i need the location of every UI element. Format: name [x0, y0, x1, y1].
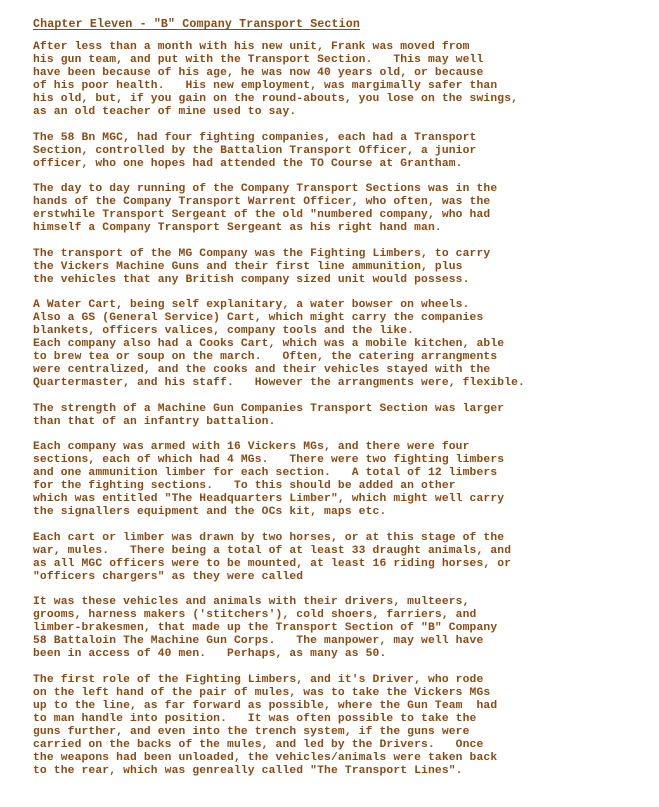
text-line: have been because of his age, he was now…: [33, 67, 633, 80]
paragraph: The 58 Bn MGC, had four fighting compani…: [33, 132, 633, 171]
text-line: The strength of a Machine Gun Companies …: [33, 403, 633, 416]
text-line: the signallers equipment and the OCs kit…: [33, 506, 633, 519]
paragraph-list: After less than a month with his new uni…: [33, 41, 633, 778]
text-line: officer, who one hopes had attended the …: [33, 158, 633, 171]
text-line: blankets, officers valices, company tool…: [33, 325, 633, 338]
text-line: himself a Company Transport Sergeant as …: [33, 222, 633, 235]
text-line: After less than a month with his new uni…: [33, 41, 633, 54]
text-line: as an old teacher of mine used to say.: [33, 106, 633, 119]
text-line: on the left hand of the pair of mules, w…: [33, 687, 633, 700]
paragraph: A Water Cart, being self explanitary, a …: [33, 299, 633, 390]
text-line: carried on the backs of the mules, and l…: [33, 739, 633, 752]
text-line: Each company also had a Cooks Cart, whic…: [33, 338, 633, 351]
text-line: than that of an infantry battalion.: [33, 416, 633, 429]
text-line: to the rear, which was genreally called …: [33, 765, 633, 778]
document-body: Chapter Eleven - "B" Company Transport S…: [33, 18, 633, 790]
paragraph: It was these vehicles and animals with t…: [33, 596, 633, 661]
text-line: A Water Cart, being self explanitary, a …: [33, 299, 633, 312]
text-line: grooms, harness makers ('stitchers'), co…: [33, 609, 633, 622]
text-line: his old, but, if you gain on the round-a…: [33, 93, 633, 106]
text-line: limber-brakesmen, that made up the Trans…: [33, 622, 633, 635]
text-line: the weapons had been unloaded, the vehic…: [33, 752, 633, 765]
text-line: Each cart or limber was drawn by two hor…: [33, 532, 633, 545]
text-line: the Vickers Machine Guns and their first…: [33, 261, 633, 274]
text-line: the vehicles that any British company si…: [33, 274, 633, 287]
text-line: Also a GS (General Service) Cart, which …: [33, 312, 633, 325]
paragraph: The transport of the MG Company was the …: [33, 248, 633, 287]
text-line: guns further, and even into the trench s…: [33, 726, 633, 739]
text-line: war, mules. There being a total of at le…: [33, 545, 633, 558]
text-line: as all MGC officers were to be mounted, …: [33, 558, 633, 571]
text-line: which was entitled "The Headquarters Lim…: [33, 493, 633, 506]
paragraph: The strength of a Machine Gun Companies …: [33, 403, 633, 429]
paragraph: The first role of the Fighting Limbers, …: [33, 674, 633, 778]
paragraph: After less than a month with his new uni…: [33, 41, 633, 119]
paragraph: The day to day running of the Company Tr…: [33, 183, 633, 235]
text-line: The 58 Bn MGC, had four fighting compani…: [33, 132, 633, 145]
text-line: been in access of 40 men. Perhaps, as ma…: [33, 648, 633, 661]
document-page: Chapter Eleven - "B" Company Transport S…: [0, 0, 659, 807]
text-line: 58 Battaloin The Machine Gun Corps. The …: [33, 635, 633, 648]
text-line: It was these vehicles and animals with t…: [33, 596, 633, 609]
text-line: his gun team, and put with the Transport…: [33, 54, 633, 67]
text-line: hands of the Company Transport Warrent O…: [33, 196, 633, 209]
paragraph: Each company was armed with 16 Vickers M…: [33, 441, 633, 519]
text-line: to brew tea or soup on the march. Often,…: [33, 351, 633, 364]
text-line: were centralized, and the cooks and thei…: [33, 364, 633, 377]
text-line: The first role of the Fighting Limbers, …: [33, 674, 633, 687]
text-line: to man handle into position. It was ofte…: [33, 713, 633, 726]
chapter-title: Chapter Eleven - "B" Company Transport S…: [33, 18, 633, 31]
text-line: The transport of the MG Company was the …: [33, 248, 633, 261]
text-line: up to the line, as far forward as possib…: [33, 700, 633, 713]
text-line: for the fighting sections. To this shoul…: [33, 480, 633, 493]
text-line: Each company was armed with 16 Vickers M…: [33, 441, 633, 454]
text-line: The day to day running of the Company Tr…: [33, 183, 633, 196]
text-line: "officers chargers" as they were called: [33, 571, 633, 584]
text-line: erstwhile Transport Sergeant of the old …: [33, 209, 633, 222]
text-line: Section, controlled by the Battalion Tra…: [33, 145, 633, 158]
paragraph: Each cart or limber was drawn by two hor…: [33, 532, 633, 584]
text-line: and one ammunition limber for each secti…: [33, 467, 633, 480]
text-line: Quartermaster, and his staff. However th…: [33, 377, 633, 390]
text-line: of his poor health. His new employment, …: [33, 80, 633, 93]
text-line: sections, each of which had 4 MGs. There…: [33, 454, 633, 467]
